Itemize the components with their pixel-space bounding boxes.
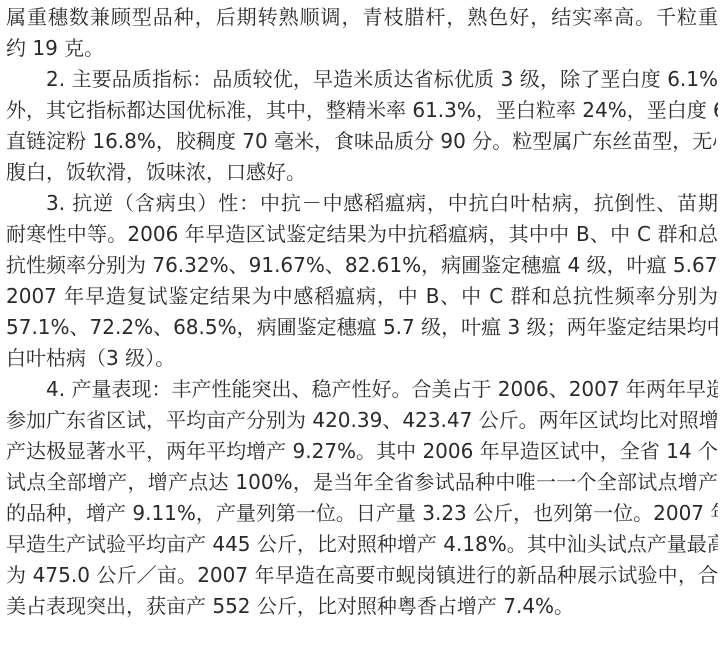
text-line: 参加广东省区试，平均亩产分别为 420.39、423.47 公斤。两年区试均比对… xyxy=(6,407,718,433)
text-line: 白叶枯病（3 级）。 xyxy=(6,345,718,371)
paragraph-yield-heading-line: 4. 产量表现：丰产性能突出、稳产性好。合美占于 2006、2007 年两年早造 xyxy=(46,376,718,402)
text-line: 美占表现突出，获亩产 552 公斤，比对照种粤香占增产 7.4%。 xyxy=(6,593,718,619)
text-line: 的品种，增产 9.11%，产量列第一位。日产量 3.23 公斤，也列第一位。20… xyxy=(6,500,718,526)
text-line: 外，其它指标都达国优标准，其中，整精米率 61.3%，垩白粒率 24%，垩白度 … xyxy=(6,97,718,123)
paragraph-quality-heading-line: 2. 主要品质指标：品质较优，早造米质达省标优质 3 级，除了垩白度 6.1% xyxy=(46,66,718,92)
text-line: 抗性频率分别为 76.32%、91.67%、82.61%，病圃鉴定穗瘟 4 级，… xyxy=(6,252,718,278)
text-line: 为 475.0 公斤／亩。2007 年早造在高要市蚬岗镇进行的新品种展示试验中，… xyxy=(6,562,718,588)
text-line: 腹白，饭软滑，饭味浓，口感好。 xyxy=(6,159,718,185)
text-line: 57.1%、72.2%、68.5%，病圃鉴定穗瘟 5.7 级，叶瘟 3 级；两年… xyxy=(6,314,718,340)
text-line: 约 19 克。 xyxy=(6,35,718,61)
text-line: 属重穗数兼顾型品种，后期转熟顺调，青枝腊杆，熟色好，结实率高。千粒重 xyxy=(6,4,718,30)
text-line: 早造生产试验平均亩产 445 公斤，比对照种增产 4.18%。其中汕头试点产量最… xyxy=(6,531,718,557)
text-line: 2007 年早造复试鉴定结果为中感稻瘟病，中 B、中 C 群和总抗性频率分别为 xyxy=(6,283,718,309)
text-line: 产达极显著水平，两年平均增产 9.27%。其中 2006 年早造区试中，全省 1… xyxy=(6,438,718,464)
text-line: 耐寒性中等。2006 年早造区试鉴定结果为中抗稻瘟病，其中中 B、中 C 群和总 xyxy=(6,221,718,247)
paragraph-resistance-heading-line: 3. 抗逆（含病虫）性：中抗－中感稻瘟病，中抗白叶枯病，抗倒性、苗期 xyxy=(46,190,718,216)
text-line: 直链淀粉 16.8%，胶稠度 70 毫米，食味品质分 90 分。粒型属广东丝苗型… xyxy=(6,128,718,154)
text-line: 试点全部增产，增产点达 100%，是当年全省参试品种中唯一一个全部试点增产 xyxy=(6,469,718,495)
document-page: 属重穗数兼顾型品种，后期转熟顺调，青枝腊杆，熟色好，结实率高。千粒重 约 19 … xyxy=(0,0,724,649)
